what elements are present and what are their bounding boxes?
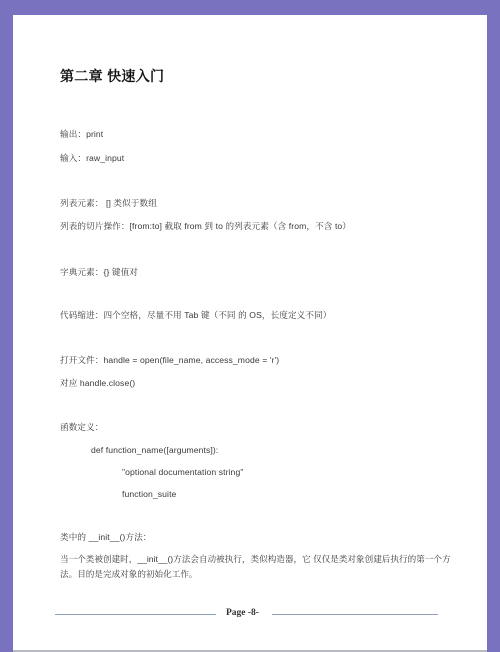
footer-rule-left [55,614,216,615]
close-file-line: 对应 handle.close() [60,377,135,389]
input-line: 输入：raw_input [60,152,124,164]
init-method-label: 类中的 __init__()方法： [60,531,151,543]
function-def-code: def function_name([arguments]): [91,445,218,455]
page-footer: Page -8- [55,608,438,622]
list-slice-line: 列表的切片操作：[from:to] 截取 from 到 to 的列表元素（含 f… [60,220,351,232]
init-method-paragraph: 当一个类被创建时，__init__()方法会自动被执行，类似构造器，它 仅仅是类… [60,552,455,582]
function-suite-code: function_suite [122,489,176,499]
dict-element-line: 字典元素：{} 键值对 [60,266,138,278]
function-definition-label: 函数定义： [60,421,103,433]
open-file-line: 打开文件：handle = open(file_name, access_mod… [60,354,279,366]
output-line: 输出：print [60,128,103,140]
indent-line: 代码缩进：四个空格，尽量不用 Tab 键（不同 的 OS，长度定义不同） [60,309,331,321]
page-number: Page -8- [226,608,259,618]
chapter-title: 第二章 快速入门 [60,66,164,86]
document-page: 第二章 快速入门 输出：print 输入：raw_input 列表元素： [] … [13,15,487,652]
function-doc-code: "optional documentation string" [122,467,243,477]
list-element-line: 列表元素： [] 类似于数组 [60,197,157,209]
footer-rule-right [272,614,438,615]
